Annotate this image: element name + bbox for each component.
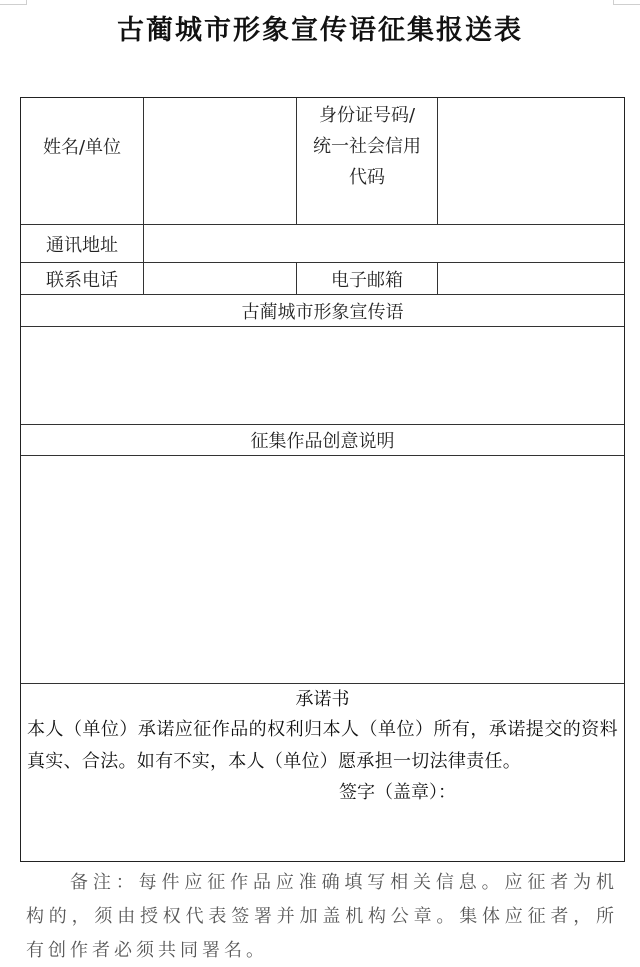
label-phone: 联系电话 bbox=[21, 263, 143, 294]
page-corner-mark-left bbox=[0, 0, 27, 5]
slogan-section-header: 古蔺城市形象宣传语 bbox=[21, 295, 624, 326]
label-id-number: 身份证号码/ 统一社会信用 代码 bbox=[297, 98, 437, 194]
pledge-section: 承诺书 本人（单位）承诺应征作品的权利归本人（单位）所有，承诺提交的资料真实、合… bbox=[21, 684, 624, 862]
creative-section-header: 征集作品创意说明 bbox=[21, 425, 624, 455]
label-id-number-line1: 身份证号码/ bbox=[319, 100, 415, 131]
phone-field[interactable] bbox=[144, 263, 296, 294]
id-number-field[interactable] bbox=[438, 98, 624, 224]
label-name-unit: 姓名/单位 bbox=[21, 98, 143, 194]
document-title: 古蔺城市形象宣传语征集报送表 bbox=[0, 8, 640, 47]
remarks-note: 备注：每件应征作品应准确填写相关信息。应征者为机构的，须由授权代表签署并加盖机构… bbox=[26, 866, 618, 967]
signature-label: 签字（盖章）： bbox=[21, 778, 624, 808]
label-address: 通讯地址 bbox=[21, 225, 143, 262]
pledge-title: 承诺书 bbox=[21, 686, 624, 714]
label-email: 电子邮箱 bbox=[297, 263, 437, 294]
label-id-number-line3: 代码 bbox=[349, 162, 385, 193]
pledge-body: 本人（单位）承诺应征作品的权利归本人（单位）所有，承诺提交的资料真实、合法。如有… bbox=[21, 714, 624, 778]
slogan-field[interactable] bbox=[21, 327, 624, 424]
name-unit-field[interactable] bbox=[144, 98, 296, 224]
creative-description-field[interactable] bbox=[21, 456, 624, 683]
page-corner-mark-right bbox=[613, 0, 640, 5]
address-field[interactable] bbox=[144, 225, 624, 262]
label-id-number-line2: 统一社会信用 bbox=[313, 131, 421, 162]
signature-field[interactable] bbox=[21, 808, 624, 854]
submission-form-table: 姓名/单位 身份证号码/ 统一社会信用 代码 通讯地址 联系电话 电子邮箱 古蔺… bbox=[20, 97, 625, 862]
email-field[interactable] bbox=[438, 263, 624, 294]
